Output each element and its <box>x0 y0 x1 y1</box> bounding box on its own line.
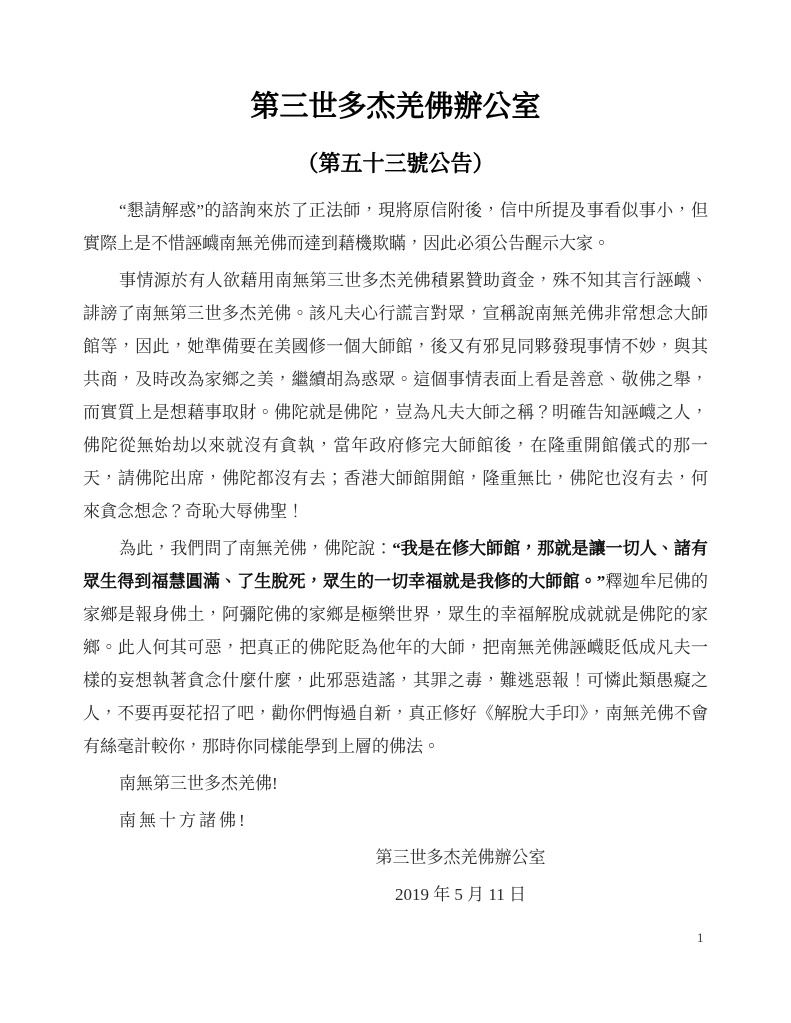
page-title: 第三世多杰羌佛辦公室 <box>83 90 708 124</box>
paragraph-1: “懇請解惑”的諮詢來於了正法師，現將原信附後，信中所提及事看似事小，但實際上是不… <box>83 194 708 260</box>
paragraph-3: 為此，我們問了南無羌佛，佛陀說：“我是在修大師館，那就是讓一切人、諸有眾生得到福… <box>83 532 708 763</box>
signature-block: 第三世多杰羌佛辦公室 2019 年 5 月 11 日 <box>83 841 708 911</box>
signature-office: 第三世多杰羌佛辦公室 <box>213 841 708 874</box>
homage-line-1: 南無第三世多杰羌佛! <box>83 767 708 800</box>
paragraph-3-lead: 為此，我們問了南無羌佛，佛陀說： <box>119 539 392 558</box>
announcement-number-subtitle: （第五十三號公告） <box>83 150 708 178</box>
paragraph-2: 事情源於有人欲藉用南無第三世多杰羌佛積累贊助資金，殊不知其言行誣衊、誹謗了南無第… <box>83 264 708 528</box>
homage-line-2: 南無十方諸佛! <box>83 804 708 837</box>
paragraph-3-rest: 釋迦牟尼佛的家鄉是報身佛土，阿彌陀佛的家鄉是極樂世界，眾生的幸福解脫成就就是佛陀… <box>83 572 708 756</box>
page-number: 1 <box>697 930 704 946</box>
signature-date: 2019 年 5 月 11 日 <box>213 878 708 911</box>
document-page: 第三世多杰羌佛辦公室 （第五十三號公告） “懇請解惑”的諮詢來於了正法師，現將原… <box>0 90 791 911</box>
